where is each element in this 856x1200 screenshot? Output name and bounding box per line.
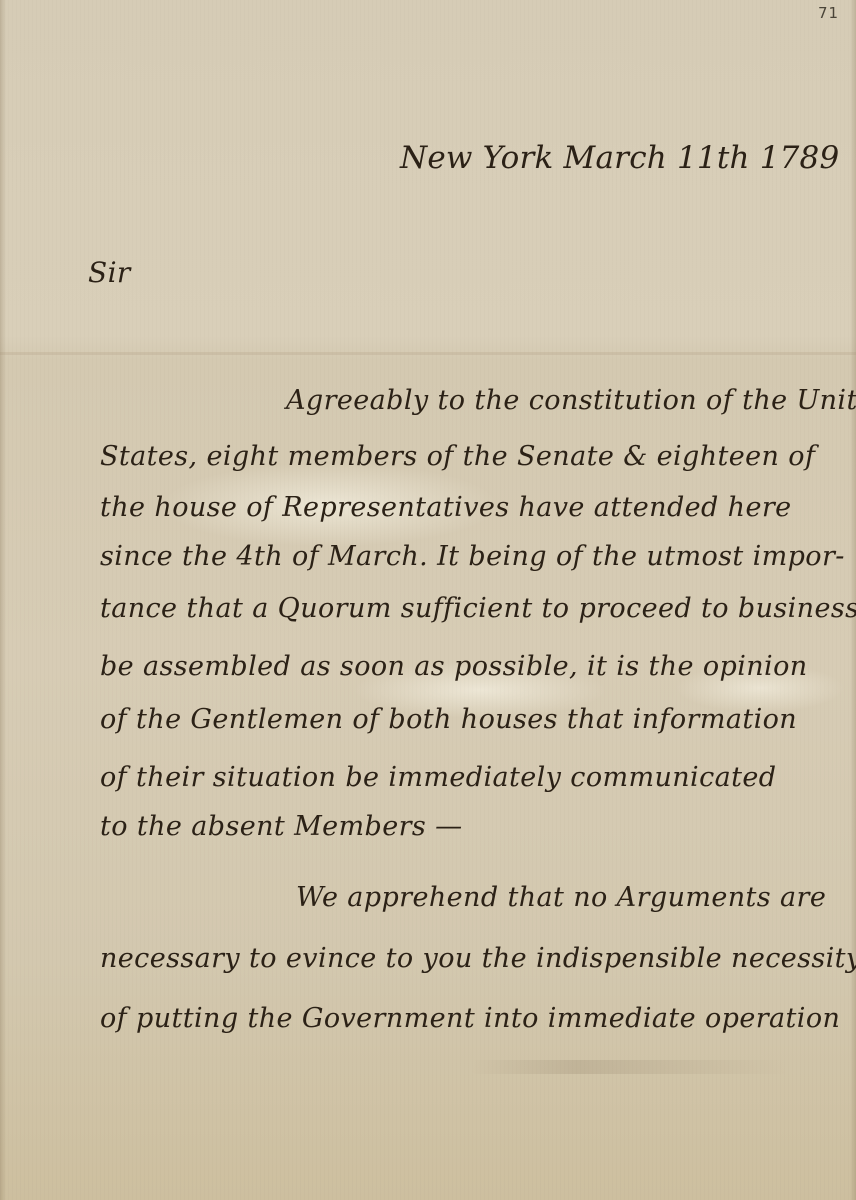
paragraph-1-line-8: of their situation be immediately commun… [100,762,776,793]
paragraph-2-line-1: We apprehend that no Arguments are [296,882,826,913]
dateline: New York March 11th 1789 [400,140,839,176]
paragraph-1-line-2: States, eight members of the Senate & ei… [100,441,815,472]
paragraph-1-line-7: of the Gentlemen of both houses that inf… [100,704,797,735]
folio-number: 71 [818,4,839,22]
paragraph-2-line-3: of putting the Government into immediate… [100,1003,840,1034]
paragraph-1-line-9: to the absent Members — [100,811,463,842]
page-edge-left [0,0,6,1200]
paragraph-1-line-6: be assembled as soon as possible, it is … [100,651,808,682]
paragraph-1-line-5: tance that a Quorum sufficient to procee… [100,593,856,624]
ink-bleed-through [470,1060,790,1074]
paragraph-1-line-4: since the 4th of March. It being of the … [100,541,845,572]
paragraph-1-line-1: Agreeably to the constitution of the Uni… [286,385,856,416]
paper-fold-line [0,352,856,355]
salutation: Sir [88,256,131,289]
manuscript-page: 71 New York March 11th 1789 Sir Agreeabl… [0,0,856,1200]
paragraph-2-line-2: necessary to evince to you the indispens… [100,943,856,974]
paragraph-1-line-3: the house of Representatives have attend… [100,492,792,523]
